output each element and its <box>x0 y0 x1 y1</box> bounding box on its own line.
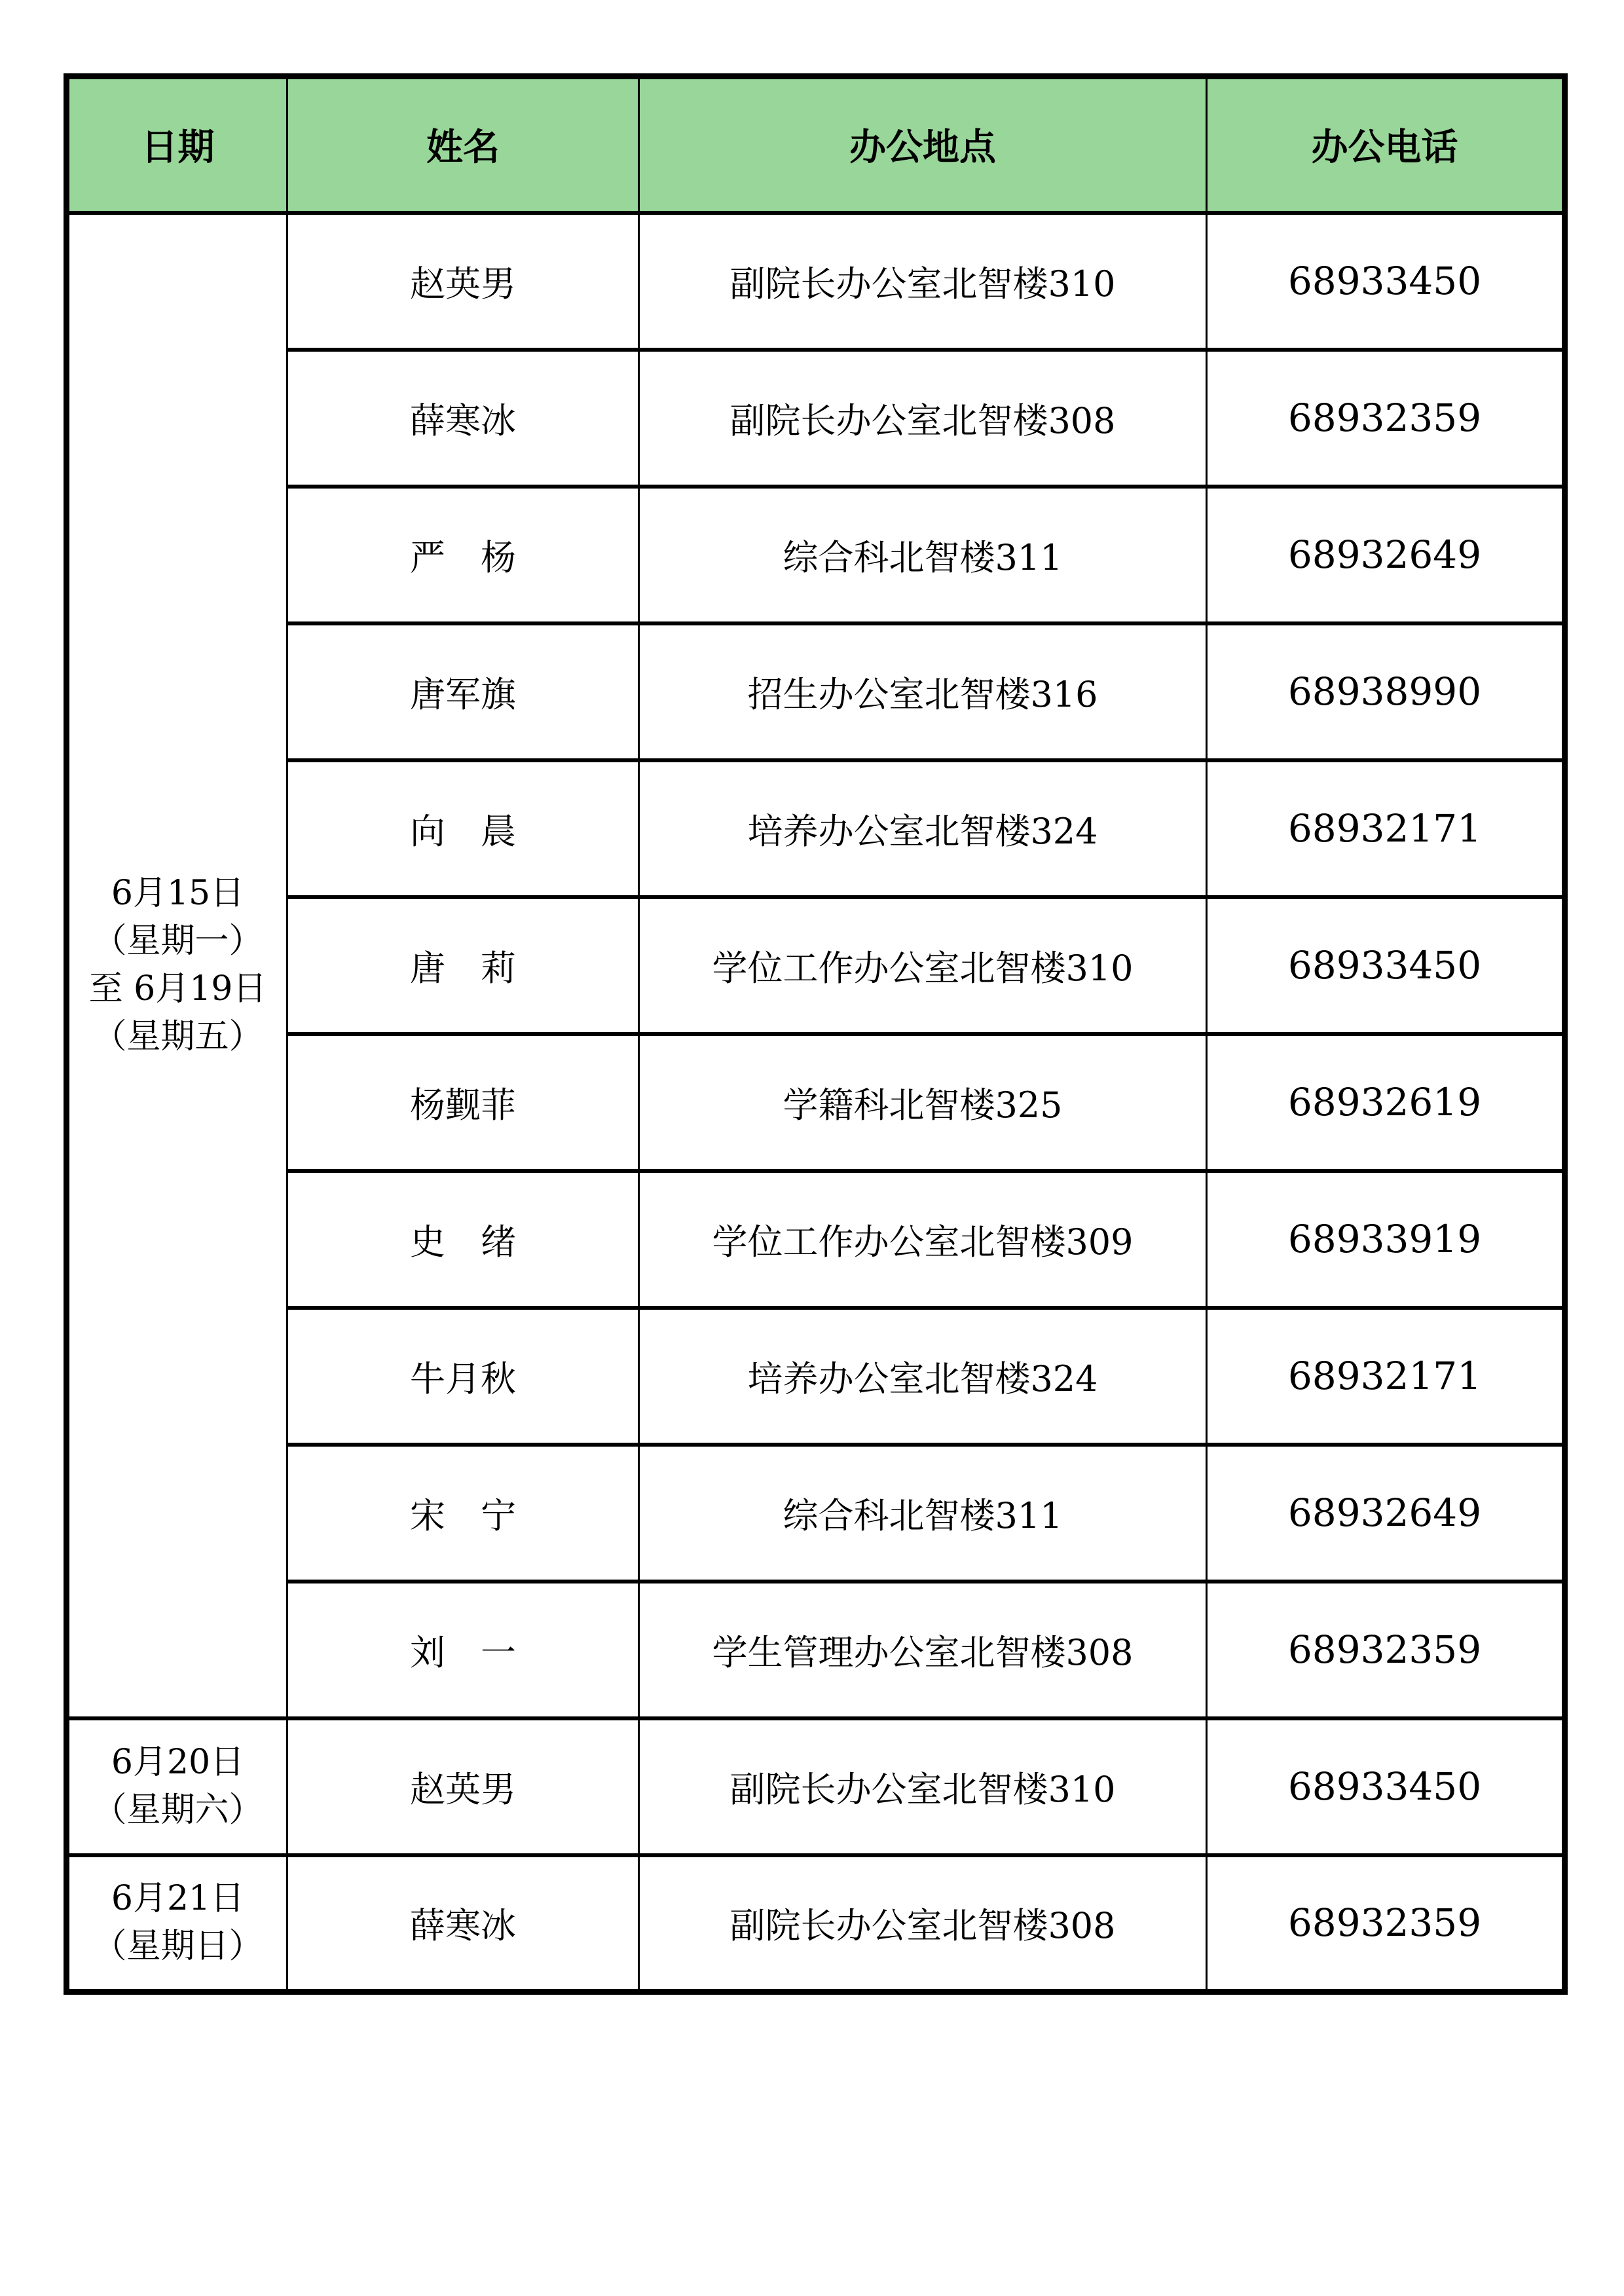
location-cell: 培养办公室北智楼324 <box>639 760 1207 897</box>
table-row: 宋 宁 综合科北智楼311 68932649 <box>67 1445 1565 1582</box>
table-row: 唐军旗 招生办公室北智楼316 68938990 <box>67 623 1565 760</box>
phone-cell: 68933450 <box>1207 1718 1565 1855</box>
location-cell: 副院长办公室北智楼308 <box>639 350 1207 487</box>
date-line: （星期五） <box>69 1013 286 1061</box>
table-row: 薛寒冰 副院长办公室北智楼308 68932359 <box>67 350 1565 487</box>
location-cell: 学籍科北智楼325 <box>639 1034 1207 1171</box>
table-row: 6月15日 （星期一） 至 6月19日 （星期五） 赵英男 副院长办公室北智楼3… <box>67 213 1565 350</box>
date-line: 6月21日 <box>69 1875 286 1923</box>
date-line: 6月20日 <box>69 1739 286 1787</box>
date-line: 至 6月19日 <box>69 965 286 1013</box>
date-line: 6月15日 <box>69 870 286 917</box>
table-row: 杨觐菲 学籍科北智楼325 68932619 <box>67 1034 1565 1171</box>
table-row: 向 晨 培养办公室北智楼324 68932171 <box>67 760 1565 897</box>
phone-cell: 68932359 <box>1207 1582 1565 1718</box>
name-cell: 牛月秋 <box>287 1308 639 1445</box>
table-row: 6月20日 （星期六） 赵英男 副院长办公室北智楼310 68933450 <box>67 1718 1565 1855</box>
name-cell: 薛寒冰 <box>287 1855 639 1992</box>
phone-cell: 68932649 <box>1207 1445 1565 1582</box>
table-header-row: 日期 姓名 办公地点 办公电话 <box>67 77 1565 213</box>
table-row: 刘 一 学生管理办公室北智楼308 68932359 <box>67 1582 1565 1718</box>
location-cell: 副院长办公室北智楼310 <box>639 1718 1207 1855</box>
header-cell-location: 办公地点 <box>639 77 1207 213</box>
table-row: 牛月秋 培养办公室北智楼324 68932171 <box>67 1308 1565 1445</box>
phone-cell: 68933450 <box>1207 897 1565 1034</box>
phone-cell: 68932619 <box>1207 1034 1565 1171</box>
phone-cell: 68933919 <box>1207 1171 1565 1308</box>
date-cell-saturday: 6月20日 （星期六） <box>67 1718 287 1855</box>
name-cell: 刘 一 <box>287 1582 639 1718</box>
phone-cell: 68938990 <box>1207 623 1565 760</box>
name-cell: 薛寒冰 <box>287 350 639 487</box>
name-cell: 宋 宁 <box>287 1445 639 1582</box>
phone-cell: 68932359 <box>1207 1855 1565 1992</box>
phone-cell: 68933450 <box>1207 213 1565 350</box>
name-cell: 唐 莉 <box>287 897 639 1034</box>
document-page: 日期 姓名 办公地点 办公电话 6月15日 （星期一） 至 6月19日 （星期五… <box>0 0 1624 2296</box>
location-cell: 学位工作办公室北智楼309 <box>639 1171 1207 1308</box>
location-cell: 综合科北智楼311 <box>639 1445 1207 1582</box>
name-cell: 向 晨 <box>287 760 639 897</box>
date-cell-sunday: 6月21日 （星期日） <box>67 1855 287 1992</box>
header-cell-phone: 办公电话 <box>1207 77 1565 213</box>
date-line: （星期六） <box>69 1787 286 1834</box>
table-row: 史 绪 学位工作办公室北智楼309 68933919 <box>67 1171 1565 1308</box>
location-cell: 副院长办公室北智楼308 <box>639 1855 1207 1992</box>
name-cell: 唐军旗 <box>287 623 639 760</box>
name-cell: 赵英男 <box>287 213 639 350</box>
date-cell-week: 6月15日 （星期一） 至 6月19日 （星期五） <box>67 213 287 1718</box>
name-cell: 赵英男 <box>287 1718 639 1855</box>
phone-cell: 68932171 <box>1207 1308 1565 1445</box>
location-cell: 学生管理办公室北智楼308 <box>639 1582 1207 1718</box>
name-cell: 严 杨 <box>287 487 639 623</box>
location-cell: 副院长办公室北智楼310 <box>639 213 1207 350</box>
location-cell: 综合科北智楼311 <box>639 487 1207 623</box>
table-row: 6月21日 （星期日） 薛寒冰 副院长办公室北智楼308 68932359 <box>67 1855 1565 1992</box>
table-row: 唐 莉 学位工作办公室北智楼310 68933450 <box>67 897 1565 1034</box>
phone-cell: 68932649 <box>1207 487 1565 623</box>
duty-schedule-table: 日期 姓名 办公地点 办公电话 6月15日 （星期一） 至 6月19日 （星期五… <box>64 73 1568 1995</box>
phone-cell: 68932171 <box>1207 760 1565 897</box>
location-cell: 学位工作办公室北智楼310 <box>639 897 1207 1034</box>
phone-cell: 68932359 <box>1207 350 1565 487</box>
date-line: （星期一） <box>69 917 286 965</box>
header-cell-name: 姓名 <box>287 77 639 213</box>
date-line: （星期日） <box>69 1923 286 1971</box>
location-cell: 招生办公室北智楼316 <box>639 623 1207 760</box>
name-cell: 史 绪 <box>287 1171 639 1308</box>
table-row: 严 杨 综合科北智楼311 68932649 <box>67 487 1565 623</box>
header-cell-date: 日期 <box>67 77 287 213</box>
location-cell: 培养办公室北智楼324 <box>639 1308 1207 1445</box>
name-cell: 杨觐菲 <box>287 1034 639 1171</box>
